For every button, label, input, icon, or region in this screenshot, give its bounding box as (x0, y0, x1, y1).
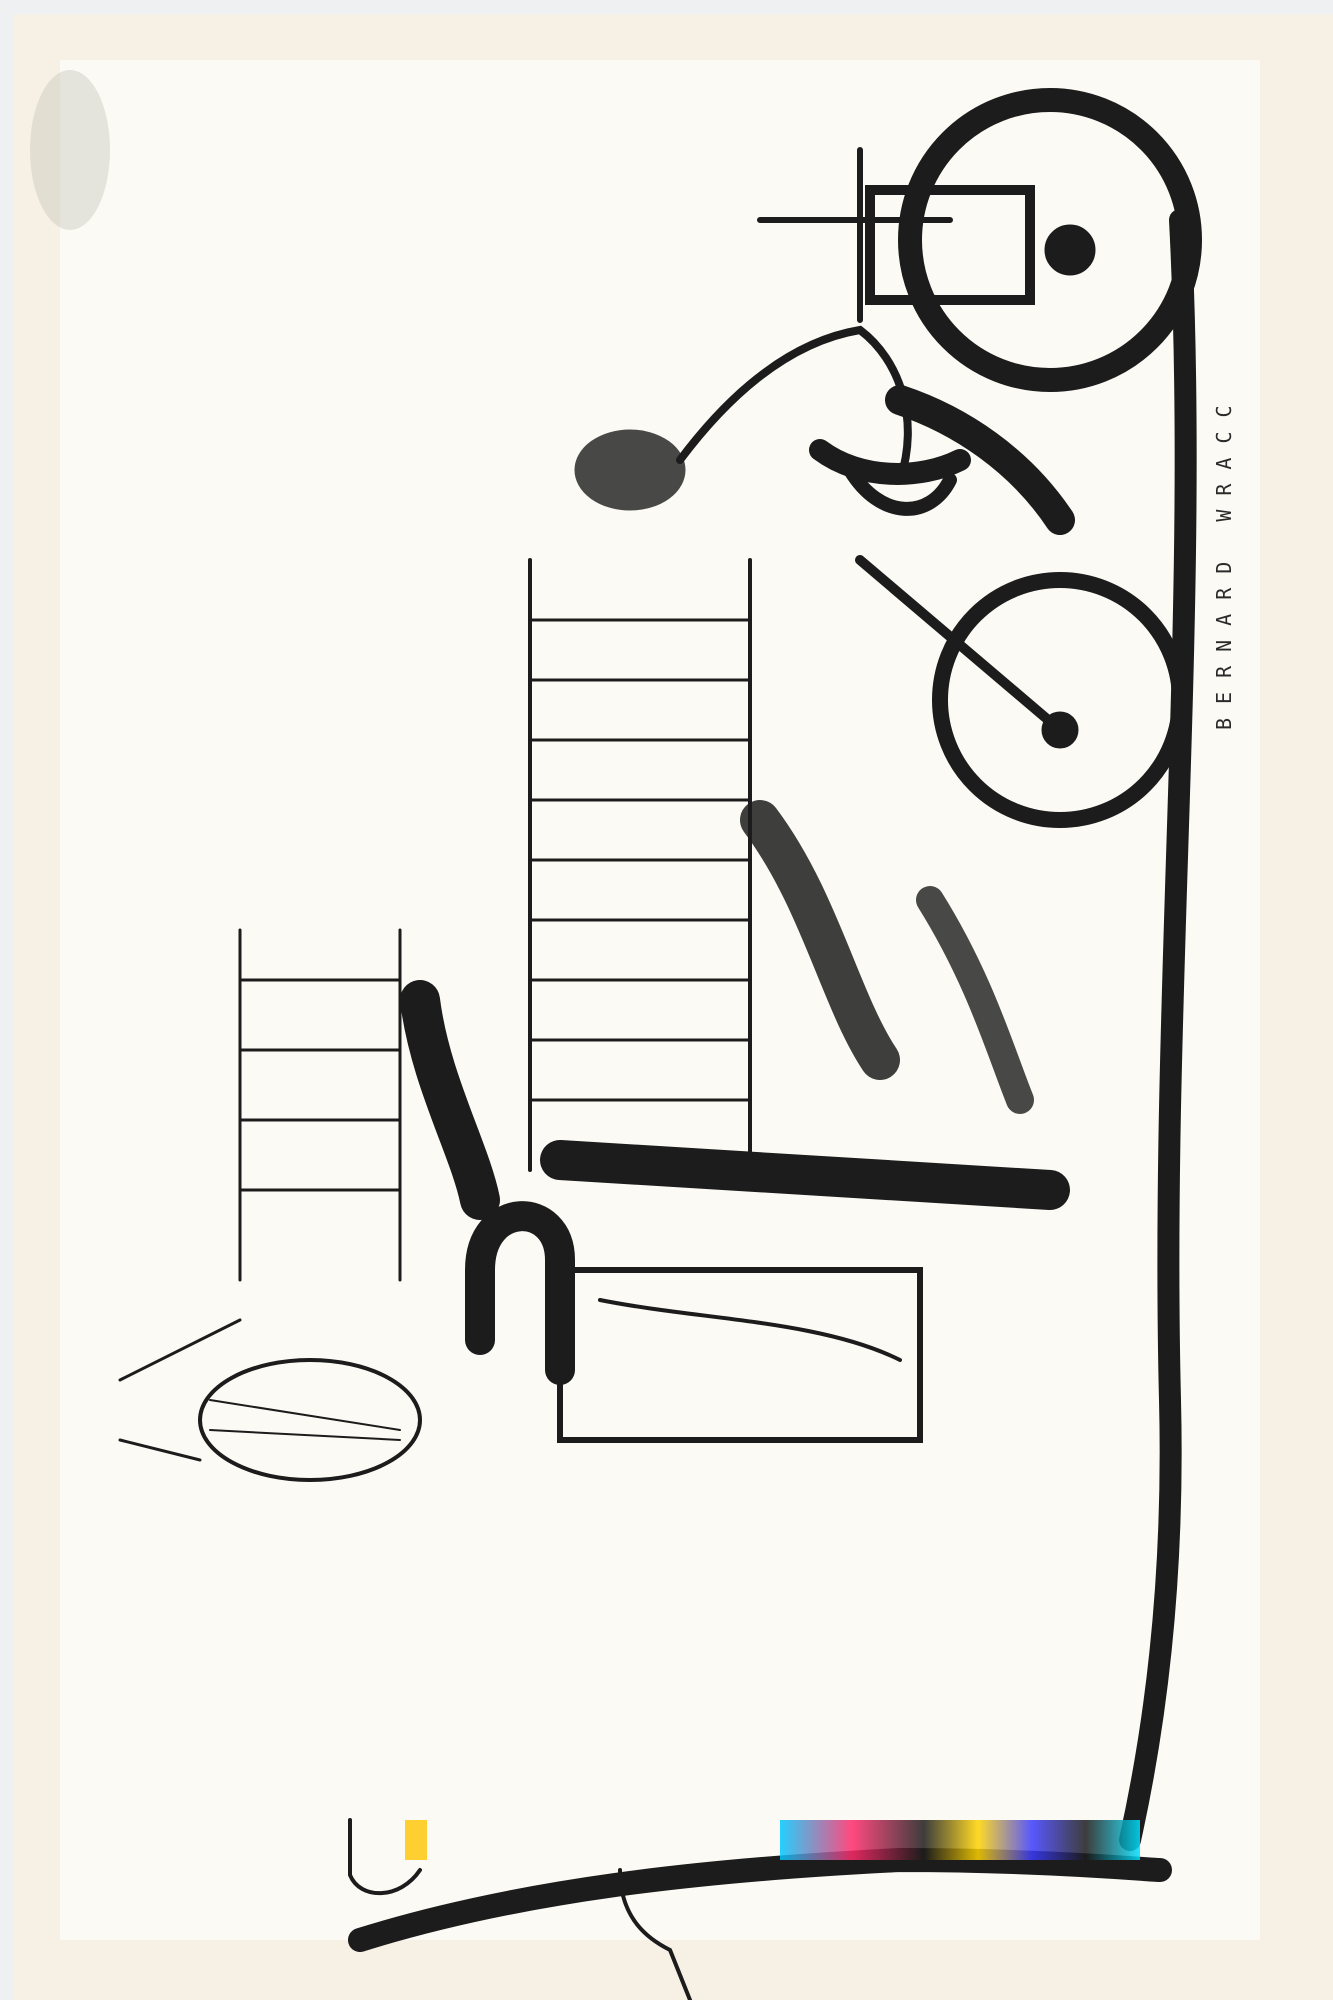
scanned-artwork: BERNARD WRACC (0, 0, 1333, 2000)
ink-drawing (0, 0, 1333, 2000)
artist-signature: BERNARD WRACC (1212, 330, 1252, 730)
